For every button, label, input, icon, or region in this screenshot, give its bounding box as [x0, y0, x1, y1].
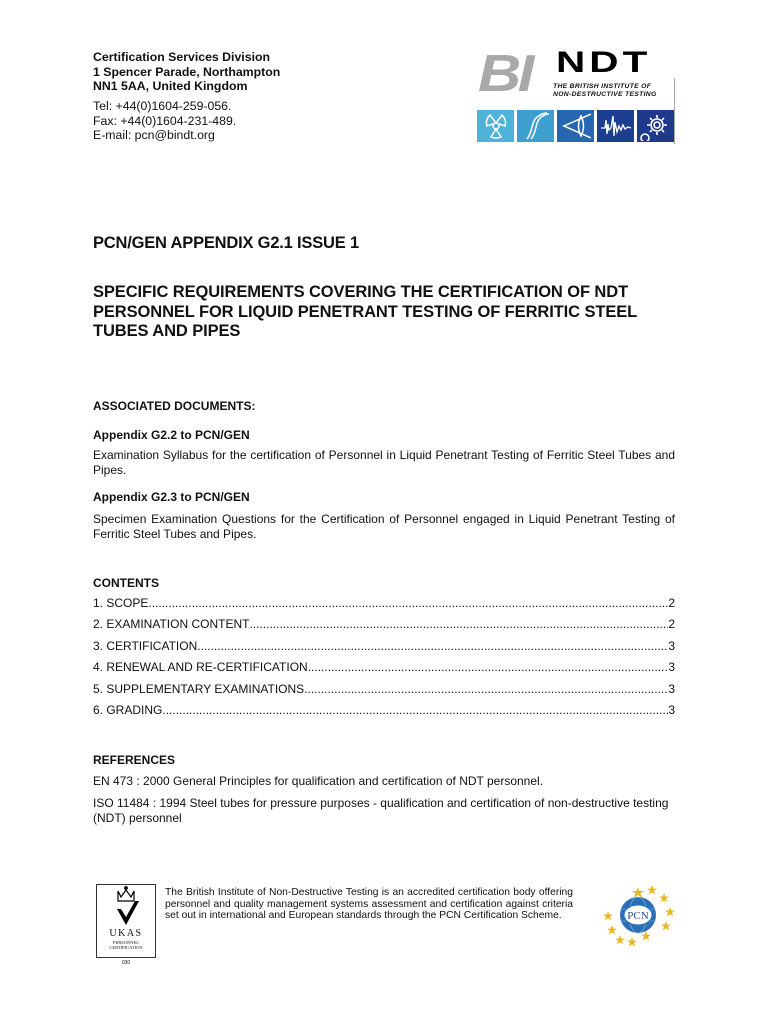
associated-document-description: Examination Syllabus for the certificati… [93, 448, 675, 477]
address-line: Certification Services Division [93, 50, 280, 65]
pcn-badge: PCN [600, 883, 676, 949]
toc-entry[interactable]: 3. CERTIFICATION3 [93, 639, 675, 660]
toc-leader [162, 703, 668, 717]
toc-entry[interactable]: 6. GRADING3 [93, 703, 675, 724]
address-line: NN1 5AA, United Kingdom [93, 79, 280, 94]
pcn-badge-text: PCN [627, 910, 648, 922]
document-code: PCN/GEN APPENDIX G2.1 ISSUE 1 [93, 234, 359, 253]
toc-entry[interactable]: 5. SUPPLEMENTARY EXAMINATIONS3 [93, 682, 675, 703]
toc-entry-label: 4. RENEWAL AND RE-CERTIFICATION [93, 660, 308, 674]
logo-subtitle-line: NON-DESTRUCTIVE TESTING [553, 91, 657, 99]
toc-entry[interactable]: 1. SCOPE 2 [93, 596, 675, 617]
toc-entry-page: 3 [668, 639, 675, 653]
toc-entry-page: 3 [668, 682, 675, 696]
ukas-subtitle-line: CERTIFICATION [97, 945, 155, 950]
toc-leader [148, 596, 668, 610]
associated-document-description: Specimen Examination Questions for the C… [93, 512, 675, 541]
ukas-subtitle: PERSONNEL CERTIFICATION [97, 940, 155, 950]
logo-subtitle: THE BRITISH INSTITUTE OF NON-DESTRUCTIVE… [553, 83, 657, 98]
wave-curve-icon [517, 110, 554, 142]
reference-item: ISO 11484 : 1994 Steel tubes for pressur… [93, 796, 675, 825]
logo-tiles [477, 110, 674, 142]
toc-leader [249, 617, 668, 631]
toc-entry-page: 2 [668, 596, 675, 610]
toc-leader [197, 639, 668, 653]
toc-entry[interactable]: 4. RENEWAL AND RE-CERTIFICATION 3 [93, 660, 675, 681]
toc-entry-label: 2. EXAMINATION CONTENT [93, 617, 249, 631]
toc-leader [308, 660, 669, 674]
contents-heading: CONTENTS [93, 576, 159, 590]
ukas-logo: UKAS PERSONNEL CERTIFICATION [96, 884, 156, 958]
associated-document-title: Appendix G2.2 to PCN/GEN [93, 428, 250, 442]
logo-divider [674, 78, 675, 144]
toc-entry-page: 3 [668, 660, 675, 674]
email-address: E-mail: pcn@bindt.org [93, 128, 236, 143]
toc-entry-label: 3. CERTIFICATION [93, 639, 197, 653]
reference-item: EN 473 : 2000 General Principles for qua… [93, 774, 675, 789]
logo-mark-bi: BI [478, 44, 531, 104]
address-line: 1 Spencer Parade, Northampton [93, 65, 280, 80]
document-title: SPECIFIC REQUIREMENTS COVERING THE CERTI… [93, 283, 693, 342]
toc-entry-label: 5. SUPPLEMENTARY EXAMINATIONS [93, 682, 304, 696]
fax-number: Fax: +44(0)1604-231-489. [93, 114, 236, 129]
toc-entry-label: 6. GRADING [93, 703, 162, 717]
accreditation-statement: The British Institute of Non-Destructive… [165, 887, 573, 922]
logo-mark-ndt: NDT [556, 46, 651, 80]
associated-document-title: Appendix G2.3 to PCN/GEN [93, 490, 250, 504]
toc-entry-page: 2 [668, 617, 675, 631]
contact-block: Tel: +44(0)1604-259-056. Fax: +44(0)1604… [93, 99, 236, 143]
ukas-name: UKAS [97, 928, 155, 939]
crown-check-icon [97, 885, 155, 929]
radiation-icon [477, 110, 514, 142]
gear-icon [637, 110, 674, 142]
toc-entry-page: 3 [668, 703, 675, 717]
signal-waveform-icon [597, 110, 634, 142]
table-of-contents: 1. SCOPE 2 2. EXAMINATION CONTENT2 3. CE… [93, 596, 675, 724]
toc-entry[interactable]: 2. EXAMINATION CONTENT2 [93, 617, 675, 638]
associated-documents-heading: ASSOCIATED DOCUMENTS: [93, 399, 255, 413]
logo-subtitle-line: THE BRITISH INSTITUTE OF [553, 83, 657, 91]
phone-number: Tel: +44(0)1604-259-056. [93, 99, 236, 114]
address-block: Certification Services Division 1 Spence… [93, 50, 280, 94]
bindt-logo: BI NDT THE BRITISH INSTITUTE OF NON-DEST… [476, 50, 676, 145]
eye-icon [557, 110, 594, 142]
toc-leader [304, 682, 668, 696]
toc-entry-label: 1. SCOPE [93, 596, 148, 610]
references-heading: REFERENCES [93, 753, 175, 767]
ukas-number: 030 [96, 960, 156, 966]
